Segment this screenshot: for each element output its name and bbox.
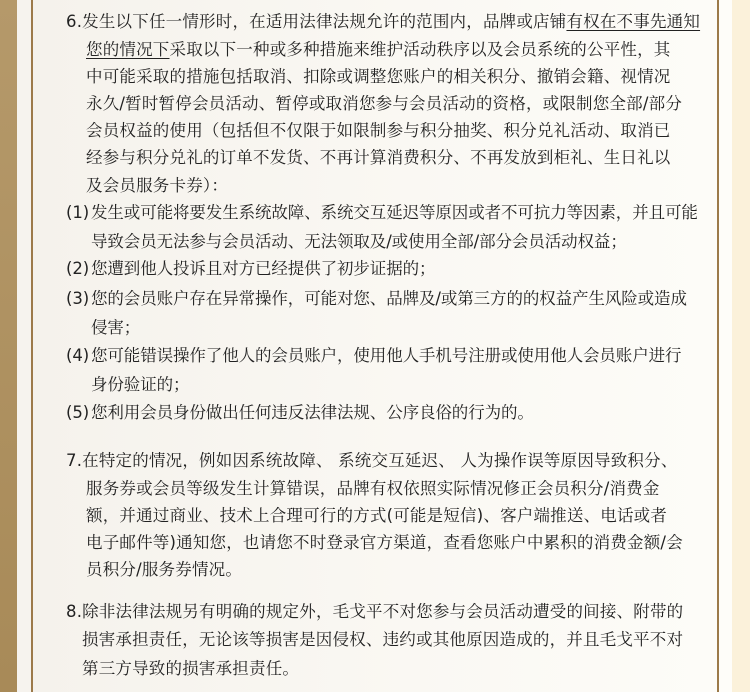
clause-8-line-3: 第三方导致的损害承担责任。 [82,658,299,680]
item-text: 您遭到他人投诉且对方已经提供了初步证据的； [91,258,435,280]
right-decorative-strip [732,0,750,692]
item-label: (2) [66,258,89,280]
clause-8-line-1: 8.除非法律法规另有明确的规定外，毛戈平不对您参与会员活动遭受的间接、附带的 [66,601,683,623]
clause-7-line-5: 员积分/服务券情况。 [86,559,242,581]
clause-6-line-7: 及会员服务卡券）： [86,175,228,197]
left-decorative-strip [0,0,17,692]
text: 采取以下一种或多种措施来维护活动秩序以及会员系统的公平性，其 [170,40,671,59]
item-text: 您可能错误操作了他人的会员账户，使用他人手机号注册或使用他人会员账户进行 [91,345,681,367]
clause-6-line-4: 永久/暂时暂停会员活动、暂停或取消您参与会员活动的资格，或限制您全部/部分 [86,93,682,115]
underlined-text: 您的情况下 [86,40,170,59]
item-label: (1) [66,202,89,224]
left-margin [17,0,31,692]
clause-7-line-1: 7.在特定的情况，例如因系统故障、 系统交互延迟、 人为操作误等原因导致积分、 [66,450,678,472]
clause-6-line-5: 会员权益的使用（包括但不仅限于如限制参与积分抽奖、积分兑礼活动、取消已 [86,120,671,142]
clause-8-line-2: 损害承担责任，无论该等损害是因侵权、违约或其他原因造成的，并且毛戈平不对 [82,629,683,651]
item-text: 发生或可能将要发生系统故障、系统交互延迟等原因或者不可抗力等因素，并且可能 [91,202,698,224]
clause-6-line-3: 中可能采取的措施包括取消、扣除或调整您账户的相关积分、撤销会籍、视情况 [86,66,671,88]
item-label: (4) [66,345,89,367]
underlined-text: 有权在不事先通知 [566,12,700,31]
item-text: 导致会员无法参与会员活动、无法领取及/或使用全部/部分会员活动权益； [91,231,627,253]
clause-7-line-4: 电子邮件等)通知您，也请您不时登录官方渠道，查看您账户中累积的消费金额/会 [86,532,683,554]
item-text: 侵害； [91,317,140,339]
text: 6.发生以下任一情形时，在适用法律法规允许的范围内，品牌或店铺 [66,12,566,31]
item-text: 身份验证的； [91,374,189,396]
clause-6-line-2: 您的情况下采取以下一种或多种措施来维护活动秩序以及会员系统的公平性，其 [86,39,671,61]
item-text: 您利用会员身份做出任何违反法律法规、公序良俗的行为的。 [91,402,534,424]
clause-7-line-2: 服务券或会员等级发生计算错误，品牌有权依照实际情况修正会员积分/消费金 [86,478,660,500]
right-margin [719,0,732,692]
clause-6-line-6: 经参与积分兑礼的订单不发货、不再计算消费积分、不再发放到柜礼、生日礼以 [86,147,671,169]
item-label: (3) [66,288,89,310]
item-label: (5) [66,402,89,424]
item-text: 您的会员账户存在异常操作，可能对您、品牌及/或第三方的的权益产生风险或造成 [91,288,687,310]
clause-7-line-3: 额，并通过商业、技术上合理可行的方式(可能是短信)、客户端推送、电话或者 [86,505,667,527]
clause-6-line-1: 6.发生以下任一情形时，在适用法律法规允许的范围内，品牌或店铺有权在不事先通知 [66,11,700,33]
